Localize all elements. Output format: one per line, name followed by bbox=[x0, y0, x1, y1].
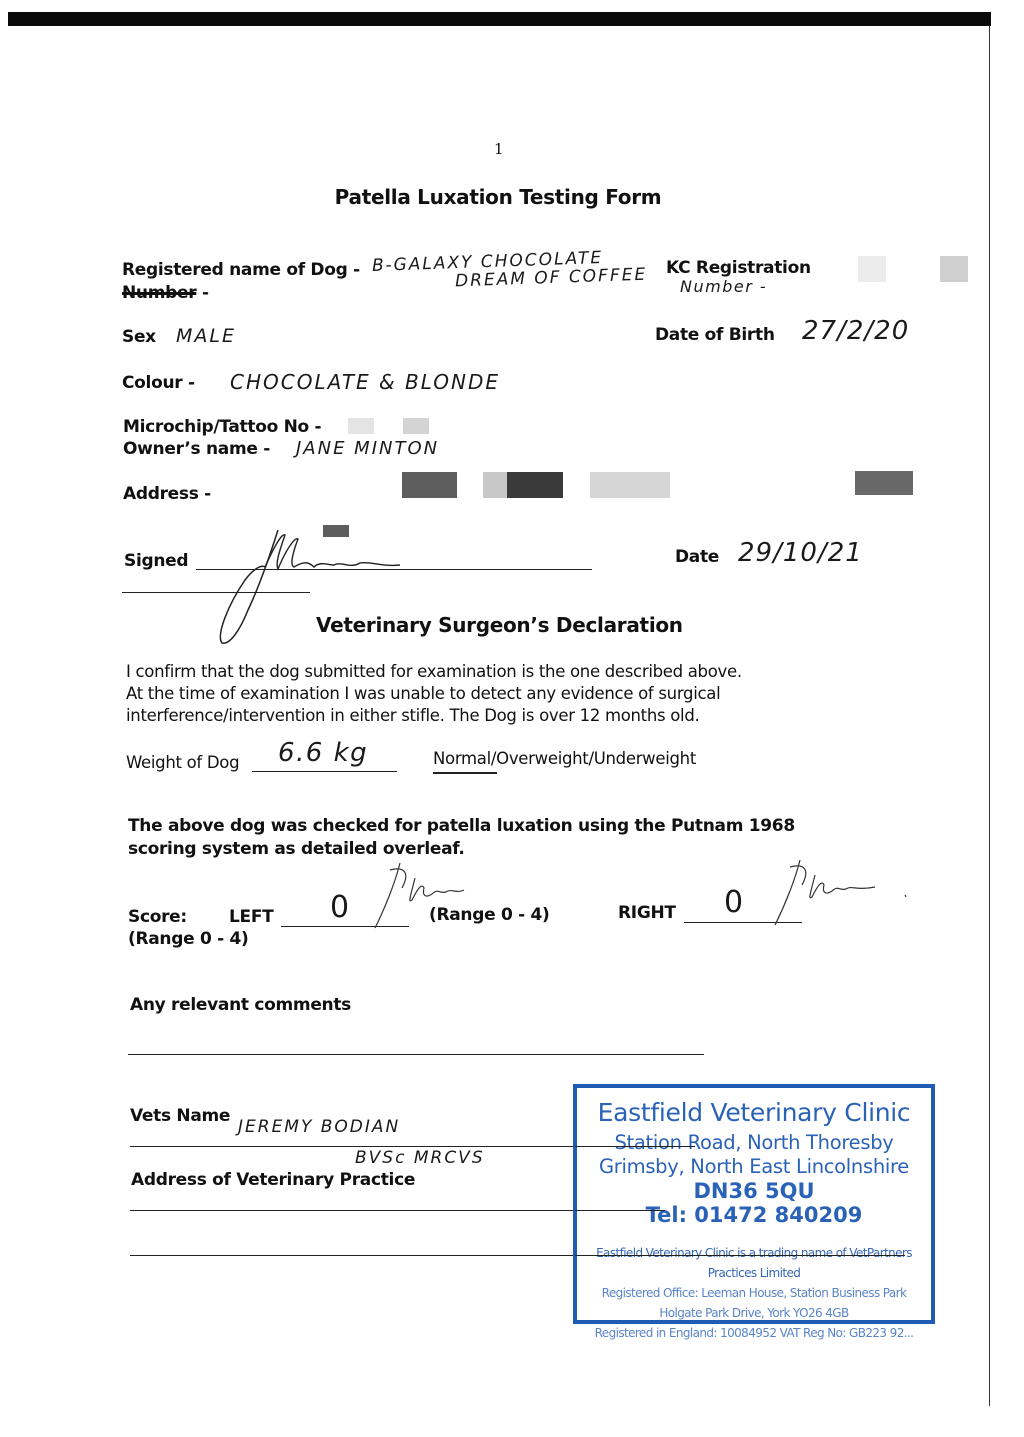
page-number: 1 bbox=[494, 140, 504, 158]
right-score-value: 0 bbox=[724, 885, 745, 920]
number-label: Number - bbox=[122, 283, 209, 303]
declaration-line-2: At the time of examination I was unable … bbox=[126, 683, 720, 705]
owner-name-value: JANE MINTON bbox=[296, 438, 439, 459]
dob-value: 27/2/20 bbox=[802, 316, 909, 346]
redacted-microchip-2 bbox=[403, 418, 429, 434]
practice-address-line-1-overlap bbox=[575, 1210, 665, 1211]
practice-address-line-1 bbox=[130, 1210, 575, 1211]
stamp-postcode: DN36 5QU bbox=[577, 1179, 931, 1203]
scoring-intro-line-2: scoring system as detailed overleaf. bbox=[128, 839, 465, 859]
declaration-line-3: interference/intervention in either stif… bbox=[126, 705, 699, 727]
stamp-clinic-name: Eastfield Veterinary Clinic bbox=[577, 1098, 931, 1127]
stamp-address-line-2: Grimsby, North East Lincolnshire bbox=[577, 1155, 931, 1179]
vets-name-label: Vets Name bbox=[130, 1106, 230, 1126]
weight-value: 6.6 kg bbox=[278, 738, 368, 768]
stamp-address-line-1: Station Road, North Thoresby bbox=[577, 1131, 931, 1155]
left-label: LEFT bbox=[229, 907, 273, 927]
redacted-address-4 bbox=[855, 471, 913, 495]
left-range-label: (Range 0 - 4) bbox=[429, 905, 549, 925]
vet-clinic-stamp: Eastfield Veterinary Clinic Station Road… bbox=[573, 1084, 935, 1324]
stamp-legal-line-1: Eastfield Veterinary Clinic is a trading… bbox=[577, 1243, 931, 1283]
comments-label: Any relevant comments bbox=[130, 995, 351, 1015]
practice-address-line-2 bbox=[130, 1255, 575, 1256]
scoring-intro-line-1: The above dog was checked for patella lu… bbox=[128, 816, 795, 836]
kc-registration-label: KC Registration bbox=[666, 258, 811, 278]
score-label: Score: bbox=[128, 907, 187, 927]
vets-name-value: JEREMY BODIAN bbox=[238, 1117, 400, 1137]
declaration-line-1: I confirm that the dog submitted for exa… bbox=[126, 661, 742, 683]
weight-line bbox=[252, 771, 397, 772]
redacted-address-3 bbox=[590, 472, 670, 498]
right-label: RIGHT bbox=[618, 903, 676, 923]
vets-name-line-overlap bbox=[575, 1146, 695, 1147]
page-top-border bbox=[8, 12, 991, 26]
stamp-legal-line-3: Holgate Park Drive, York YO26 4GB bbox=[577, 1303, 931, 1323]
weight-label: Weight of Dog bbox=[126, 752, 239, 774]
redacted-address-1 bbox=[402, 472, 457, 498]
dob-label: Date of Birth bbox=[655, 325, 775, 345]
page-right-edge bbox=[989, 26, 990, 1406]
signed-label: Signed bbox=[124, 551, 188, 571]
redacted-microchip-1 bbox=[348, 418, 374, 434]
colour-label: Colour - bbox=[122, 373, 195, 393]
comments-field[interactable] bbox=[128, 1054, 704, 1055]
redacted-kc-number-1 bbox=[858, 256, 886, 282]
left-score-value: 0 bbox=[330, 890, 351, 925]
redacted-kc-number-2 bbox=[940, 256, 968, 282]
colour-value: CHOCOLATE & BLONDE bbox=[230, 370, 500, 394]
sex-label: Sex bbox=[122, 327, 156, 347]
address-label: Address - bbox=[123, 484, 211, 504]
body-condition-options: Normal/Overweight/Underweight bbox=[433, 748, 696, 770]
kc-number-label-handwritten: Number - bbox=[680, 277, 767, 296]
condition-selected-underline bbox=[433, 772, 497, 774]
declaration-heading: Veterinary Surgeon’s Declaration bbox=[316, 613, 683, 637]
number-label-struck: Number bbox=[122, 283, 196, 303]
stamp-legal-line-2: Registered Office: Leeman House, Station… bbox=[577, 1283, 931, 1303]
microchip-label: Microchip/Tattoo No - bbox=[123, 417, 321, 437]
stamp-phone: Tel: 01472 840209 bbox=[577, 1203, 931, 1227]
vet-practice-address-label: Address of Veterinary Practice bbox=[131, 1170, 415, 1190]
date-value: 29/10/21 bbox=[738, 538, 863, 568]
vets-qualifications: BVSc MRCVS bbox=[355, 1148, 485, 1168]
date-label: Date bbox=[675, 547, 719, 567]
practice-address-line-2-overlap bbox=[575, 1255, 905, 1256]
owner-name-label: Owner’s name - bbox=[123, 439, 270, 459]
right-score-initials bbox=[755, 855, 915, 930]
registered-name-label: Registered name of Dog - bbox=[122, 260, 360, 280]
stamp-legal-line-4: Registered in England: 10084952 VAT Reg … bbox=[577, 1323, 931, 1343]
sex-value: MALE bbox=[176, 325, 236, 347]
redacted-address-2 bbox=[483, 472, 563, 498]
page-title: Patella Luxation Testing Form bbox=[0, 185, 996, 209]
number-suffix: - bbox=[196, 283, 208, 303]
vets-name-line bbox=[130, 1146, 575, 1147]
range-label-2: (Range 0 - 4) bbox=[128, 929, 248, 949]
